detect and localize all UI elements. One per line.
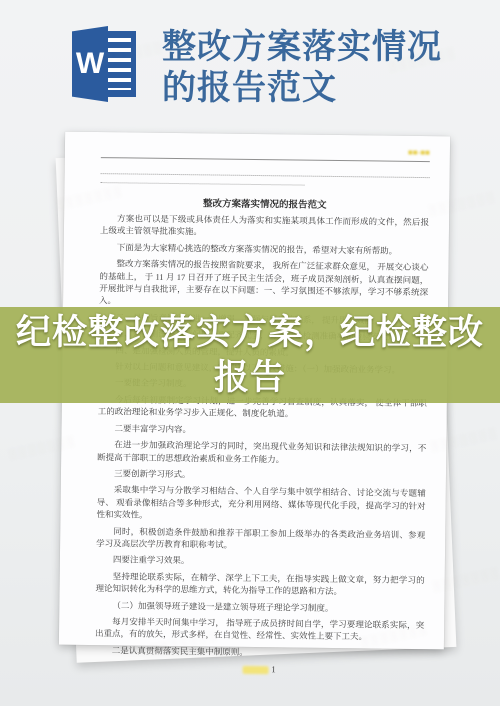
document-paragraph: 二要丰富学习内容。 (97, 422, 426, 438)
word-icon: W (72, 26, 136, 102)
document-paragraph: 三要创新学习形式。 (97, 467, 426, 483)
word-icon-letter: W (72, 26, 108, 102)
overlay-banner: 纪检整改落实方案，纪检整改 报告 (0, 307, 500, 403)
page-title: 整改方案落实情况 的报告范文 (162, 27, 492, 109)
banner-text-line2: 报告 (214, 355, 286, 400)
header-rule-dotted-1 (101, 173, 430, 178)
banner-text-line1: 纪检整改落实方案，纪检整改 (16, 310, 484, 355)
page-number: 1 (271, 664, 276, 674)
document-paragraph: 方案也可以是下级或具体责任人为落实和实施某项具体工作而形成的文件，然后报上级或主… (100, 212, 429, 241)
document-preview-image: W 整改方案落实情况 的报告范文 ■■-■■ 整改方案落实情况的报告范文 方案也… (0, 0, 500, 706)
header: W 整改方案落实情况 的报告范文 (0, 0, 500, 130)
header-rule-solid (101, 157, 430, 162)
document-paragraph: （二）加强领导班子建设一是建立领导班子理论学习制度。 (95, 599, 424, 615)
doc-yellow-tag: ■■-■■ (101, 144, 430, 158)
document-paragraph: 同时，积极创造条件鼓励和推荐干部职工参加上级举办的各类政治业务培训、参观学习及高… (96, 525, 425, 554)
document-paragraph: 在进一步加强政治理论学习的同时，突出现代业务知识和法律法规知识的学习，不断提高干… (97, 438, 426, 467)
footer-highlight-smudge (242, 666, 268, 674)
header-rule-dotted-2 (101, 182, 305, 185)
document-title: 整改方案落实情况的报告范文 (100, 194, 429, 212)
document-paragraph: 采取集中学习与分散学习相结合、个人自学与集中领学相结合、讨论交流与专题辅导、 观… (96, 483, 425, 524)
document-paragraph: 下面是为大家精心挑选的整改方案落实情况的报告，希望对大家有所帮助。 (100, 241, 429, 257)
document-page-content: ■■-■■ 整改方案落实情况的报告范文 方案也可以是下级或具体责任人为落实和实施… (59, 132, 451, 677)
page-title-line2: 的报告范文 (162, 68, 492, 109)
word-icon-page-lines (107, 38, 131, 90)
document-paragraph: 整改方案落实情况的报告按照省院要求， 我所在广泛征求群众意见， 开展交心谈心的基… (99, 257, 429, 311)
document-paragraph: 每月安排半天时间集中学习， 指导班子成员挤时间自学，学习要理论联系实际，突出重点… (95, 615, 424, 644)
page-footer: 1 (95, 662, 424, 676)
document-paragraph: 二是认真贯彻落实民主集中制原则。 (95, 644, 424, 660)
document-paragraph: 坚持理论联系实际，在精学、深学上下工夫，在指导实践上做文章，努力把学习的理论知识… (95, 570, 424, 599)
page-title-line1: 整改方案落实情况 (162, 27, 492, 68)
document-paragraph: 四要注重学习效果。 (96, 553, 425, 569)
